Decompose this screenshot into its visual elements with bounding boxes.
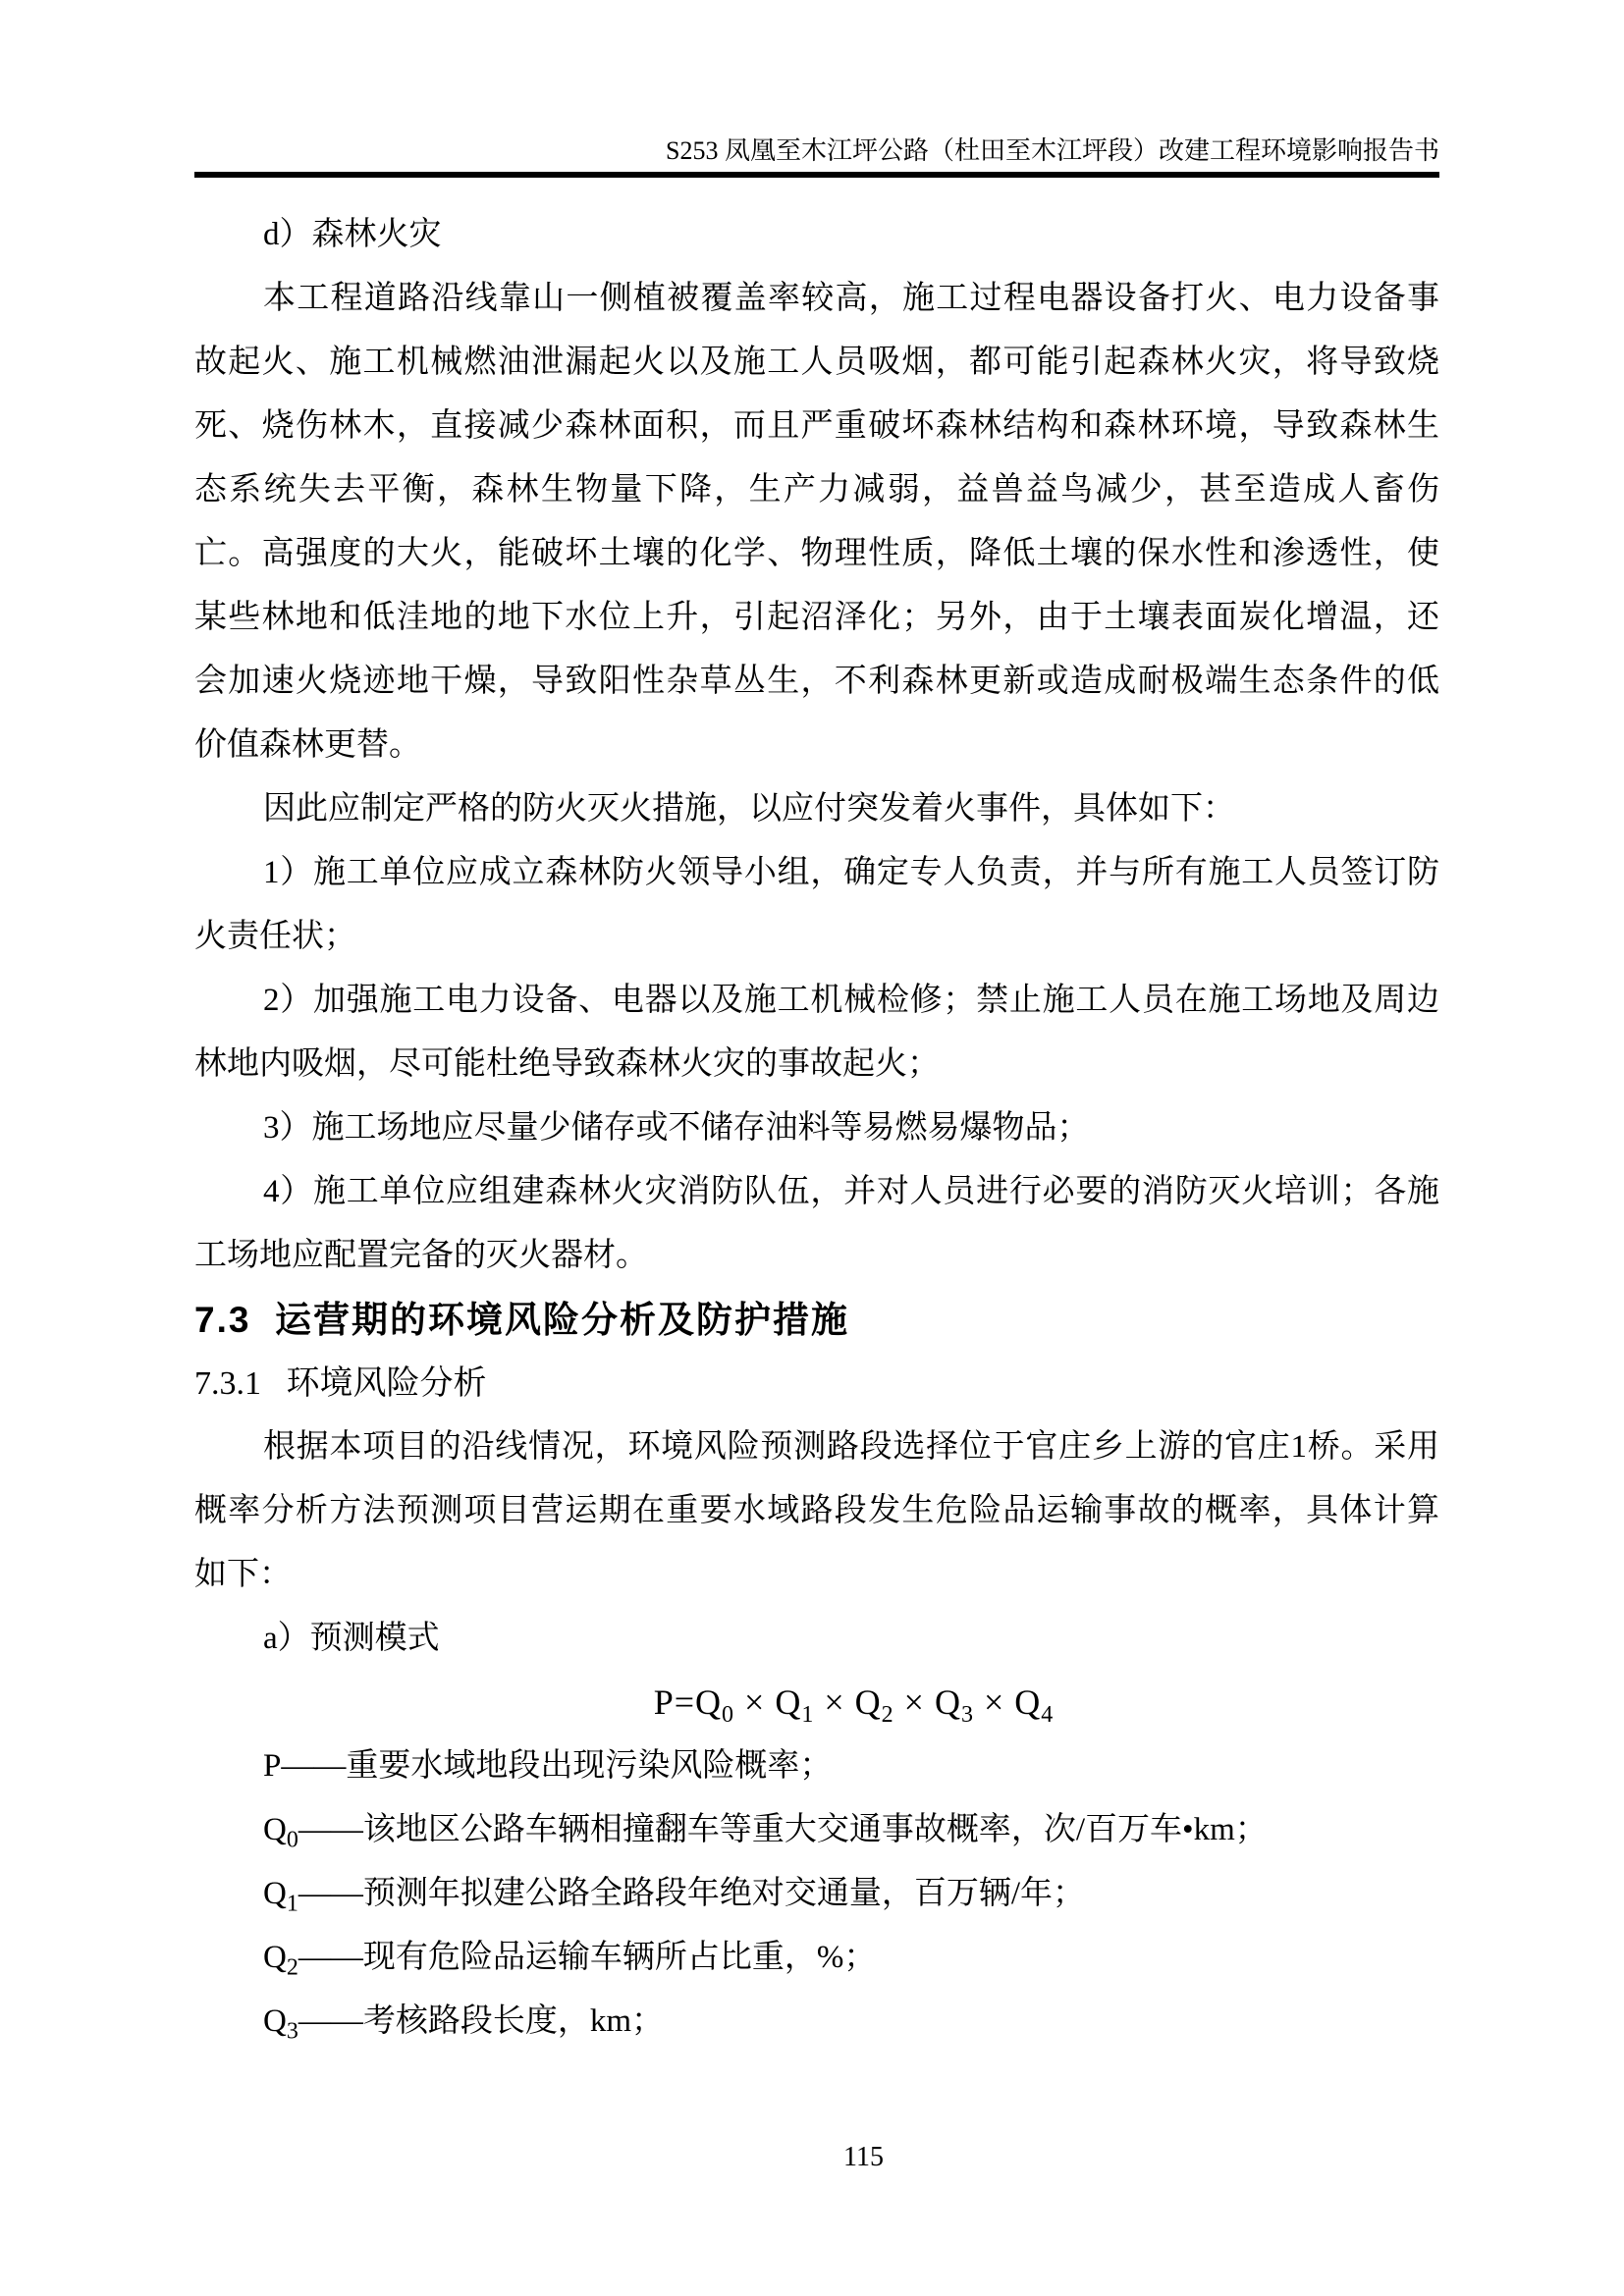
definition-line-Q1: Q1——预测年拟建公路全路段年绝对交通量，百万辆/年； (194, 1862, 1439, 1926)
fire-paragraph-line: 故起火、施工机械燃油泄漏起火以及施工人员吸烟，都可能引起森林火灾，将导致烧 (194, 331, 1439, 395)
header-title: S253 凤凰至木江坪公路（杜田至木江坪段）改建工程环境影响报告书 (666, 136, 1439, 165)
definition-symbol: Q (263, 1940, 287, 1975)
definition-text: ——该地区公路车辆相撞翻车等重大交通事故概率，次/百万车•km； (298, 1812, 1268, 1847)
fire-paragraph-line: 本工程道路沿线靠山一侧植被覆盖率较高，施工过程电器设备打火、电力设备事 (194, 267, 1439, 331)
document-page: S253 凤凰至木江坪公路（杜田至木江坪段）改建工程环境影响报告书 d）森林火灾… (0, 0, 1624, 2296)
definition-symbol: Q (263, 1876, 287, 1911)
definition-text: ——考核路段长度，km； (298, 2003, 664, 2039)
measure-item-3-line: 3）施工场地应尽量少储存或不储存油料等易燃易爆物品； (194, 1096, 1439, 1160)
formula-subscript: 1 (801, 1702, 814, 1728)
measure-item-2-line: 林地内吸烟，尽可能杜绝导致森林火灾的事故起火； (194, 1033, 1439, 1096)
fire-paragraph-line: 死、烧伤林木，直接减少森林面积，而且严重破坏森林结构和森林环境，导致森林生 (194, 395, 1439, 458)
page-header: S253 凤凰至木江坪公路（杜田至木江坪段）改建工程环境影响报告书 (194, 135, 1439, 178)
definition-text: ——重要水域地段出现污染风险概率； (281, 1748, 832, 1784)
section-heading-7-3-1: 7.3.1 环境风险分析 (194, 1352, 1439, 1415)
probability-formula: P=Q0 × Q1 × Q2 × Q3 × Q4 (194, 1671, 1439, 1735)
measure-item-1-line: 1）施工单位应成立森林防火领导小组，确定专人负责，并与所有施工人员签订防 (194, 841, 1439, 905)
measures-intro-line: 因此应制定严格的防火灭火措施，以应付突发着火事件，具体如下： (194, 777, 1439, 841)
fire-paragraph-line: 会加速火烧迹地干燥，导致阳性杂草丛生，不利森林更新或造成耐极端生态条件的低 (194, 650, 1439, 714)
risk-paragraph-line: 概率分析方法预测项目营运期在重要水域路段发生危险品运输事故的概率，具体计算 (194, 1479, 1439, 1543)
definition-line-P: P——重要水域地段出现污染风险概率； (194, 1735, 1439, 1798)
fire-paragraph-line: 态系统失去平衡，森林生物量下降，生产力减弱，益兽益鸟减少，甚至造成人畜伤 (194, 458, 1439, 522)
formula-part: × Q (974, 1682, 1041, 1722)
section-heading-7-3: 7.3 运营期的环境风险分析及防护措施 (194, 1288, 1439, 1352)
fire-paragraph-line: 价值森林更替。 (194, 714, 1439, 777)
fire-paragraph-line: 某些林地和低洼地的地下水位上升，引起沼泽化；另外，由于土壤表面炭化增温，还 (194, 586, 1439, 650)
measure-item-4-line: 工场地应配置完备的灭火器材。 (194, 1224, 1439, 1288)
formula-subscript: 4 (1041, 1702, 1054, 1728)
definition-text: ——预测年拟建公路全路段年绝对交通量，百万辆/年； (298, 1876, 1085, 1911)
formula-part: × Q (814, 1682, 881, 1722)
definition-symbol: Q (263, 2003, 287, 2039)
definition-subscript: 1 (287, 1892, 298, 1917)
risk-paragraph-line: 根据本项目的沿线情况，环境风险预测路段选择位于官庄乡上游的官庄1桥。采用 (194, 1415, 1439, 1479)
definition-line-Q3: Q3——考核路段长度，km； (194, 1990, 1439, 2054)
definition-text: ——现有危险品运输车辆所占比重，%； (298, 1940, 877, 1975)
page-number: 115 (194, 2140, 1439, 2175)
subheading-forest-fire: d）森林火灾 (194, 203, 1439, 267)
formula-part: P=Q (654, 1682, 722, 1722)
formula-part: × Q (894, 1682, 961, 1722)
definition-subscript: 3 (287, 2019, 298, 2045)
page-body: d）森林火灾 本工程道路沿线靠山一侧植被覆盖率较高，施工过程电器设备打火、电力设… (194, 203, 1439, 2054)
definition-symbol: Q (263, 1812, 287, 1847)
definition-subscript: 2 (287, 1955, 298, 1981)
definition-subscript: 0 (287, 1828, 298, 1853)
formula-subscript: 3 (961, 1702, 974, 1728)
definition-symbol: P (263, 1748, 281, 1784)
formula-subscript: 2 (882, 1702, 894, 1728)
measure-item-2-line: 2）加强施工电力设备、电器以及施工机械检修；禁止施工人员在施工场地及周边 (194, 969, 1439, 1033)
risk-paragraph-line: 如下： (194, 1543, 1439, 1607)
formula-part: × Q (734, 1682, 801, 1722)
subheading-prediction-model: a）预测模式 (194, 1607, 1439, 1671)
measure-item-4-line: 4）施工单位应组建森林火灾消防队伍，并对人员进行必要的消防灭火培训；各施 (194, 1160, 1439, 1224)
fire-paragraph-line: 亡。高强度的大火，能破坏土壤的化学、物理性质，降低土壤的保水性和渗透性，使 (194, 522, 1439, 586)
measure-item-1-line: 火责任状； (194, 905, 1439, 969)
definition-line-Q2: Q2——现有危险品运输车辆所占比重，%； (194, 1926, 1439, 1990)
formula-subscript: 0 (722, 1702, 734, 1728)
definition-line-Q0: Q0——该地区公路车辆相撞翻车等重大交通事故概率，次/百万车•km； (194, 1798, 1439, 1862)
